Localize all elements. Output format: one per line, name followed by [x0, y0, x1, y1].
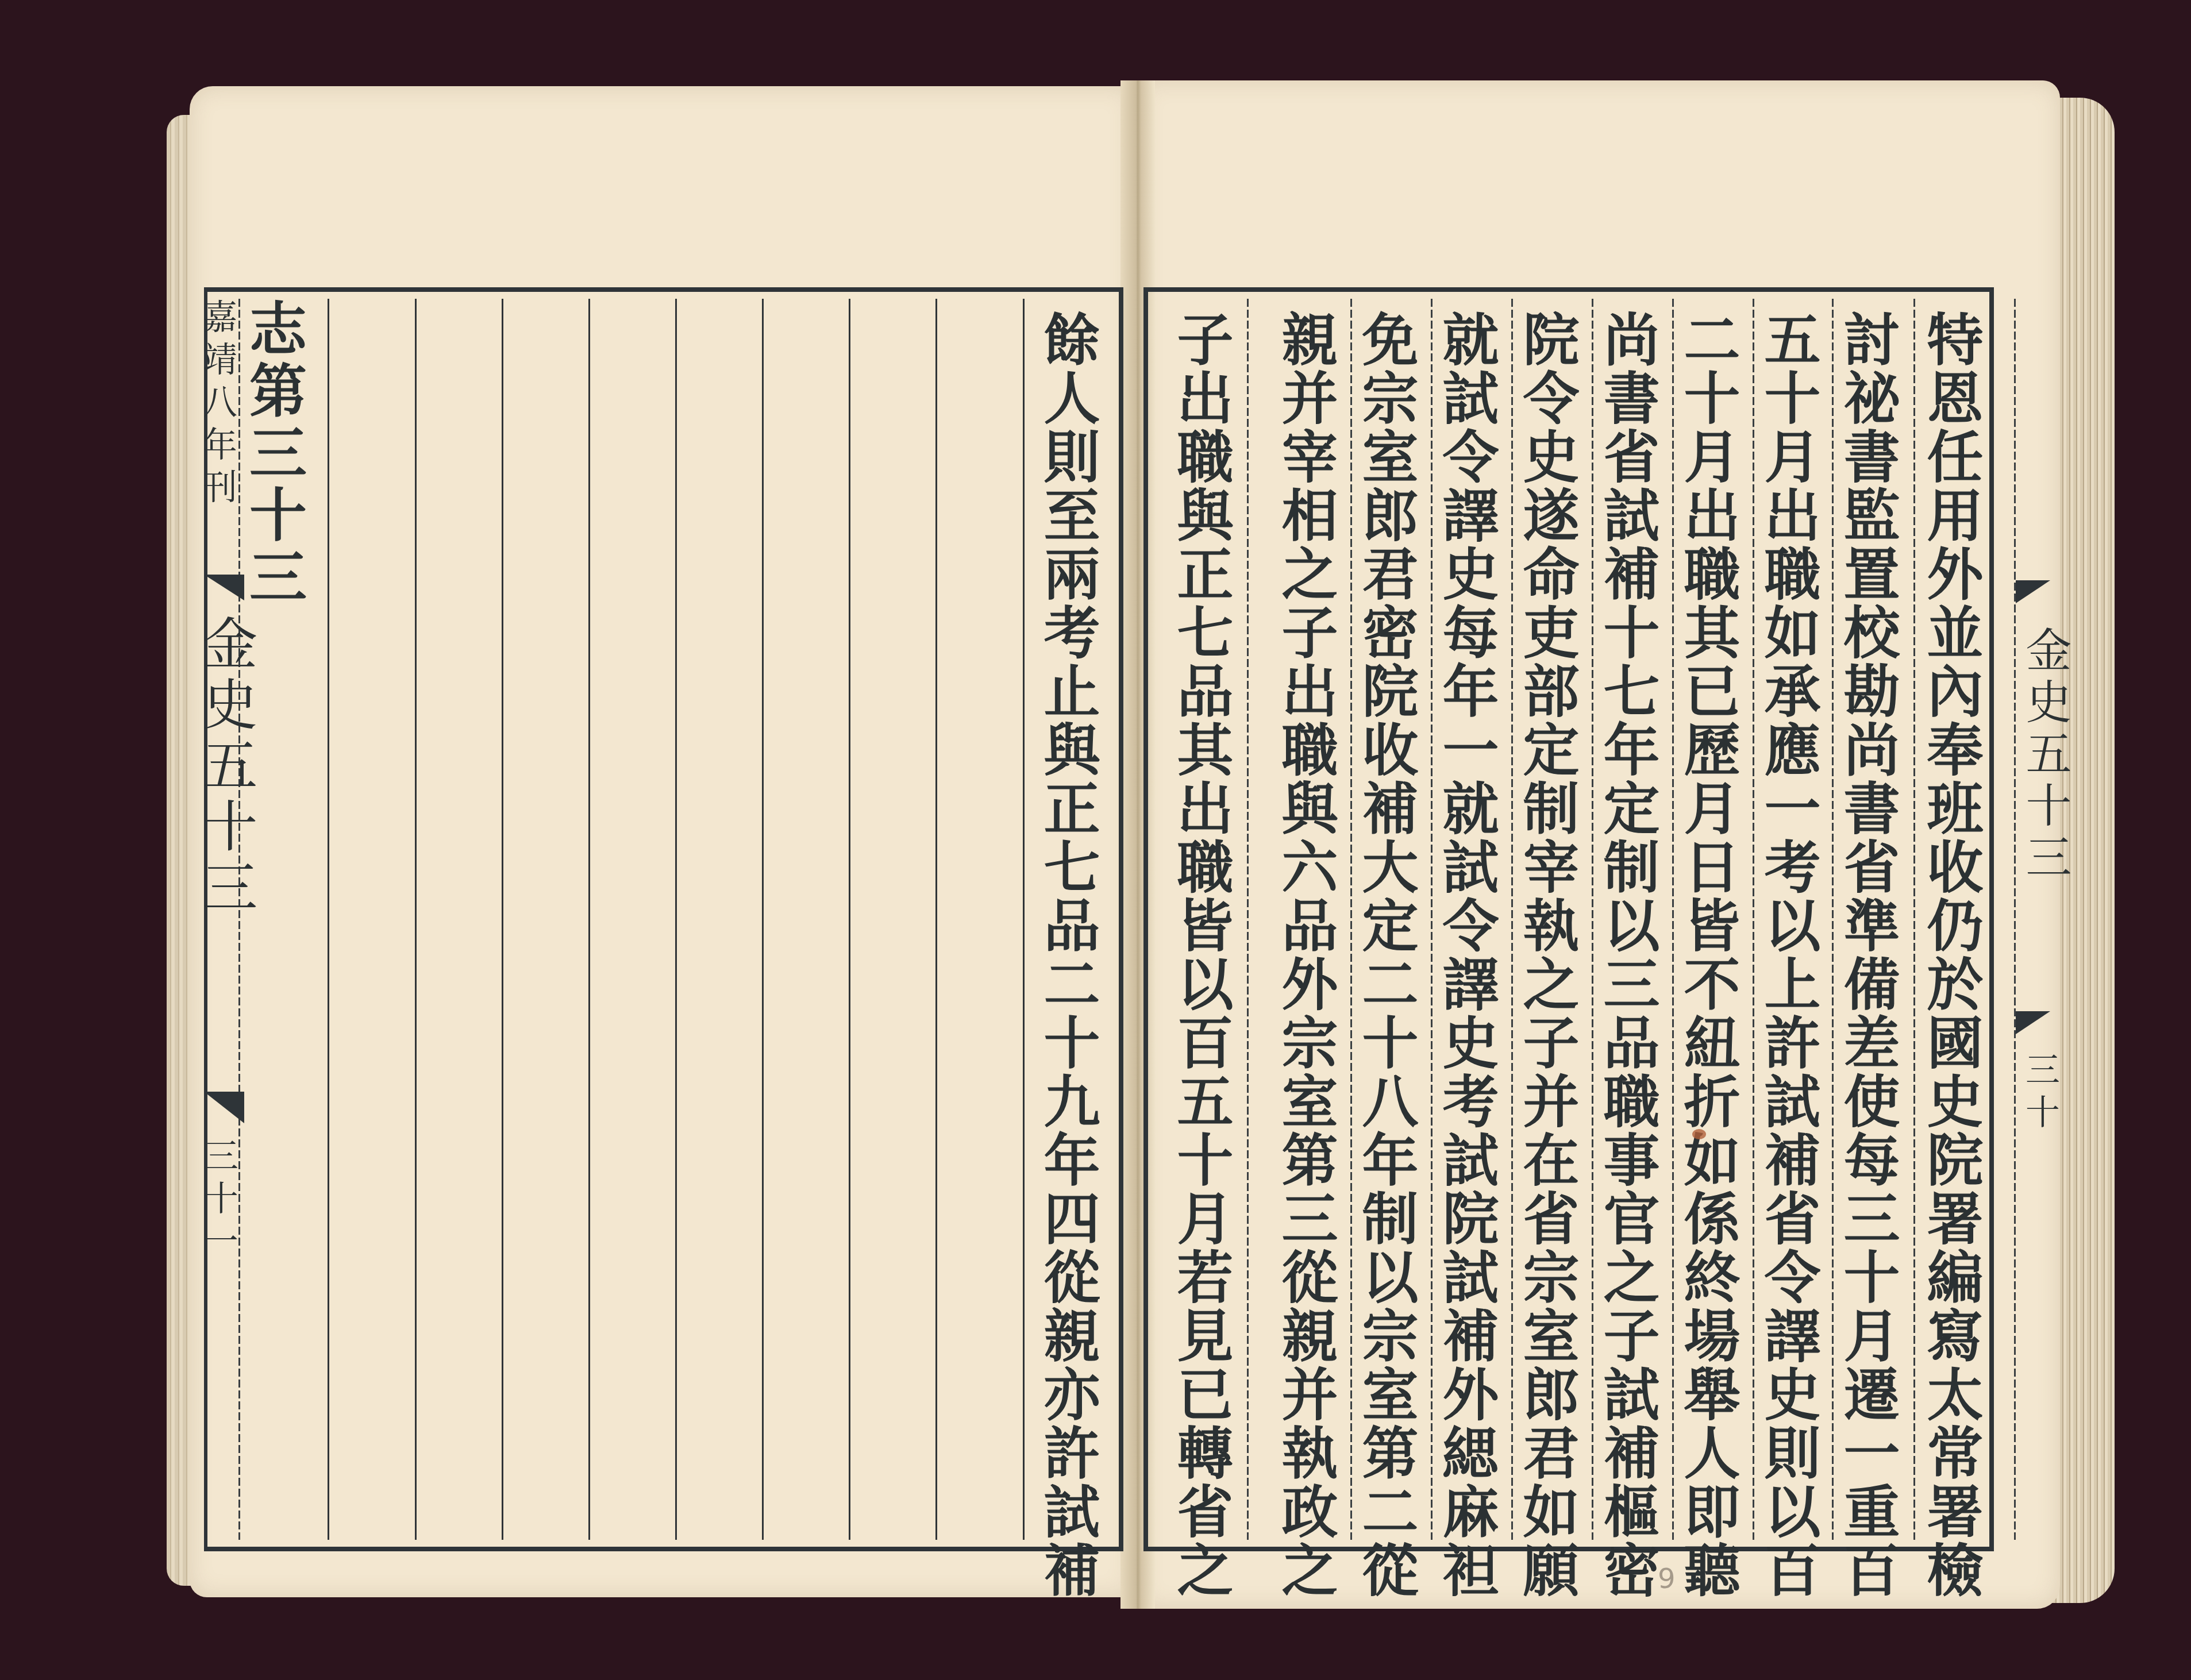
column-rule	[1913, 299, 1915, 1540]
chapter-title: 志第三十三	[244, 299, 302, 609]
column-rule	[1753, 299, 1754, 1540]
column-rule	[935, 299, 937, 1540]
text-column: 親并宰相之子出職與六品外宗室第三從親并執政之	[1277, 310, 1333, 1600]
fishtail-upper-left-icon	[204, 575, 244, 603]
column-rule	[1247, 299, 1249, 1540]
fishtail-upper-right-icon	[2016, 580, 2050, 606]
column-rule	[1350, 299, 1352, 1540]
ink-stain	[1692, 1129, 1706, 1139]
text-column: 餘人則至兩考止與正七品二十九年四從親亦許試補	[1039, 310, 1095, 1600]
left-page-number: 三十一	[201, 1138, 236, 1265]
column-rule	[588, 299, 590, 1540]
open-book: 嘉靖八年刊 金史五十三 三十一 志第三十三 餘人則至兩考止與正七品二十九年四從親…	[0, 0, 2191, 1680]
column-rule	[762, 299, 764, 1540]
margin-rule	[2014, 299, 2016, 1540]
text-column: 討祕書監置校勘尚書省準備差使每三十月遷一重百	[1839, 310, 1895, 1600]
column-rule	[675, 299, 677, 1540]
column-rule	[1672, 299, 1674, 1540]
text-column: 尚書省試補十七年定制以三品職事官之子試補樞密	[1599, 310, 1655, 1600]
text-column: 子出職與正七品其出職皆以百五十月若見已轉省之	[1172, 310, 1229, 1600]
column-rule	[1832, 299, 1834, 1540]
column-rule	[502, 299, 503, 1540]
left-book-title: 金史五十三	[198, 615, 253, 919]
right-book-title: 金史五十三	[2021, 626, 2067, 885]
column-rule	[1511, 299, 1513, 1540]
edition-note: 嘉靖八年刊	[200, 299, 234, 511]
right-page-number: 三十	[2023, 1051, 2057, 1136]
fishtail-lower-right-icon	[2016, 1011, 2050, 1037]
column-rule	[328, 299, 329, 1540]
column-rule	[849, 299, 850, 1540]
column-rule	[1023, 299, 1025, 1540]
pencil-mark: 9	[1658, 1563, 1676, 1595]
text-column: 五十月出職如承應一考以上許試補省令譯史則以百	[1759, 310, 1816, 1600]
text-column: 就試令譯史每年一就試令譯史考試院試補外緦麻袒	[1438, 310, 1494, 1600]
column-rule	[1592, 299, 1593, 1540]
fishtail-lower-left-icon	[204, 1092, 244, 1126]
column-rule	[415, 299, 417, 1540]
left-page-border	[204, 287, 1123, 1551]
text-column: 院令史遂命吏部定制宰執之子并在省宗室郎君如願	[1518, 310, 1574, 1600]
text-column: 特恩任用外並內奉班收仍於國史院署編寫太常署檢	[1922, 310, 1978, 1600]
text-column: 免宗室郎君密院收補大定二十八年制以宗室第二從	[1357, 310, 1414, 1600]
column-rule	[1431, 299, 1433, 1540]
text-column: 二十月出職其已歷月日皆不紐折如係終場舉人即聽	[1679, 310, 1735, 1600]
